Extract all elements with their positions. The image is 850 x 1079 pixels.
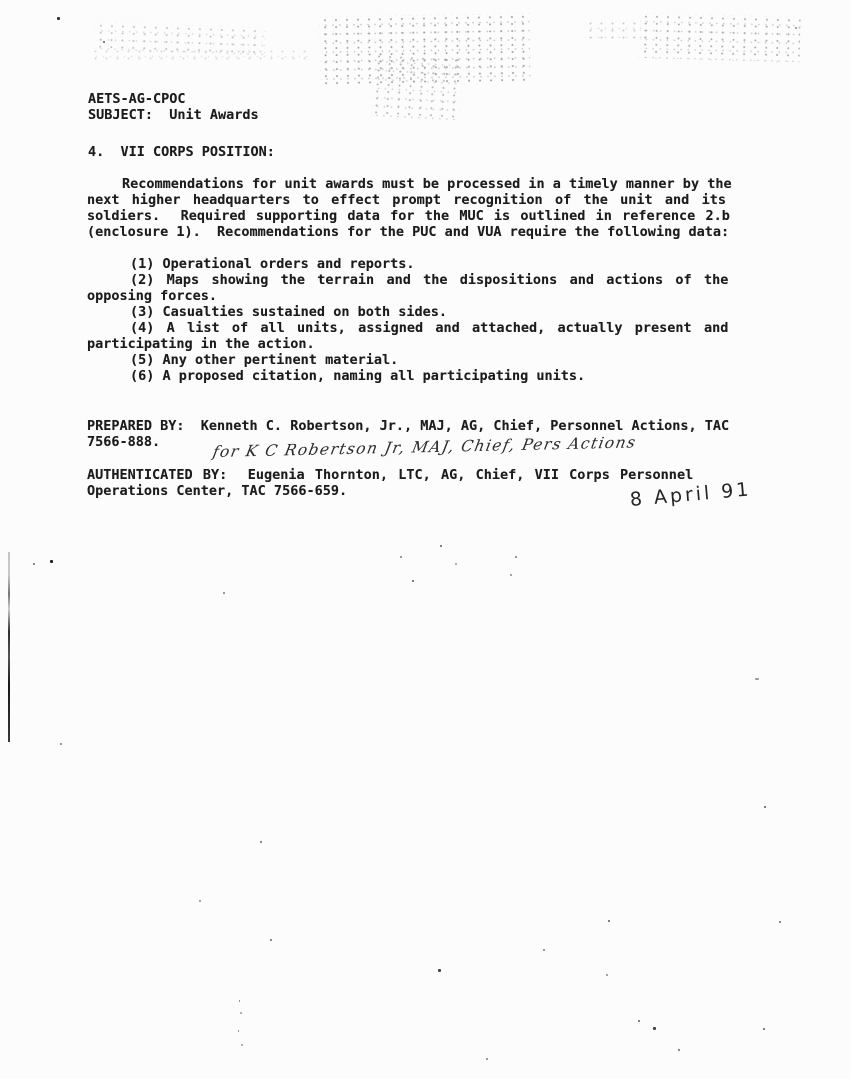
scan-noise-cluster: [585, 20, 645, 42]
scan-artifact-line: [8, 552, 10, 742]
scan-speck: [678, 1049, 680, 1051]
subject-line: SUBJECT: Unit Awards: [88, 107, 259, 123]
scan-speck: [50, 560, 53, 563]
scan-speck: [795, 27, 797, 29]
scanned-memo-page: AETS-AG-CPOC SUBJECT: Unit Awards 4. VII…: [0, 0, 850, 1079]
scan-noise-cluster: [639, 13, 800, 62]
list-item: (6) A proposed citation, naming all part…: [87, 368, 737, 384]
scan-speck: [608, 920, 610, 922]
scan-speck: [240, 1012, 242, 1014]
scan-speck: [440, 545, 442, 547]
scan-speck: [412, 580, 414, 582]
list-item: (4) A list of all units, assigned and at…: [87, 320, 737, 336]
list-item-continuation: opposing forces.: [87, 288, 737, 304]
scan-speck: [438, 969, 441, 972]
scan-speck: [60, 743, 62, 745]
scan-speck: [606, 974, 608, 976]
list-item: (2) Maps showing the terrain and the dis…: [87, 272, 737, 288]
memo-header: AETS-AG-CPOC SUBJECT: Unit Awards: [88, 91, 259, 123]
scan-speck: [486, 1058, 488, 1060]
scan-speck: [638, 1020, 640, 1022]
scan-speck: [510, 574, 512, 576]
scan-speck: [239, 1000, 240, 1002]
scan-speck: [238, 1030, 239, 1032]
scan-speck: [223, 592, 225, 594]
scan-speck: [779, 921, 781, 923]
scan-speck: [764, 806, 766, 808]
scan-speck: [400, 556, 402, 558]
scan-speck: [653, 1027, 656, 1030]
scan-speck: [515, 556, 517, 558]
scan-speck: [270, 939, 272, 941]
office-symbol: AETS-AG-CPOC: [88, 91, 259, 107]
list-item-continuation: participating in the action.: [87, 336, 737, 352]
authenticated-by-line: AUTHENTICATED BY: Eugenia Thornton, LTC,…: [87, 467, 747, 483]
body-paragraph-line: (enclosure 1). Recommendations for the P…: [87, 224, 737, 240]
list-item: (5) Any other pertinent material.: [87, 352, 737, 368]
scan-speck: [260, 841, 262, 843]
body-paragraph-line: soldiers. Required supporting data for t…: [87, 208, 737, 224]
requirements-list: (1) Operational orders and reports. (2) …: [87, 256, 737, 384]
scan-speck: [763, 1028, 765, 1030]
scan-noise-cluster: [370, 53, 463, 123]
body-paragraph-line: next higher headquarters to effect promp…: [87, 192, 737, 208]
prepared-by-line: PREPARED BY: Kenneth C. Robertson, Jr., …: [87, 418, 737, 434]
body-paragraph: Recommendations for unit awards must be …: [87, 176, 737, 240]
section-heading-block: 4. VII CORPS POSITION:: [88, 144, 275, 160]
scan-speck: [103, 41, 105, 43]
scan-speck: [755, 678, 759, 680]
scan-speck: [455, 563, 457, 565]
scan-speck: [57, 17, 60, 20]
list-item: (3) Casualties sustained on both sides.: [87, 304, 737, 320]
body-paragraph-line: Recommendations for unit awards must be …: [87, 176, 737, 192]
list-item: (1) Operational orders and reports.: [87, 256, 737, 272]
scan-speck: [33, 563, 35, 565]
scan-noise-cluster: [90, 48, 310, 64]
scan-speck: [543, 949, 545, 951]
section-heading: 4. VII CORPS POSITION:: [88, 144, 275, 160]
scan-speck: [199, 900, 201, 902]
scan-speck: [241, 1044, 243, 1046]
